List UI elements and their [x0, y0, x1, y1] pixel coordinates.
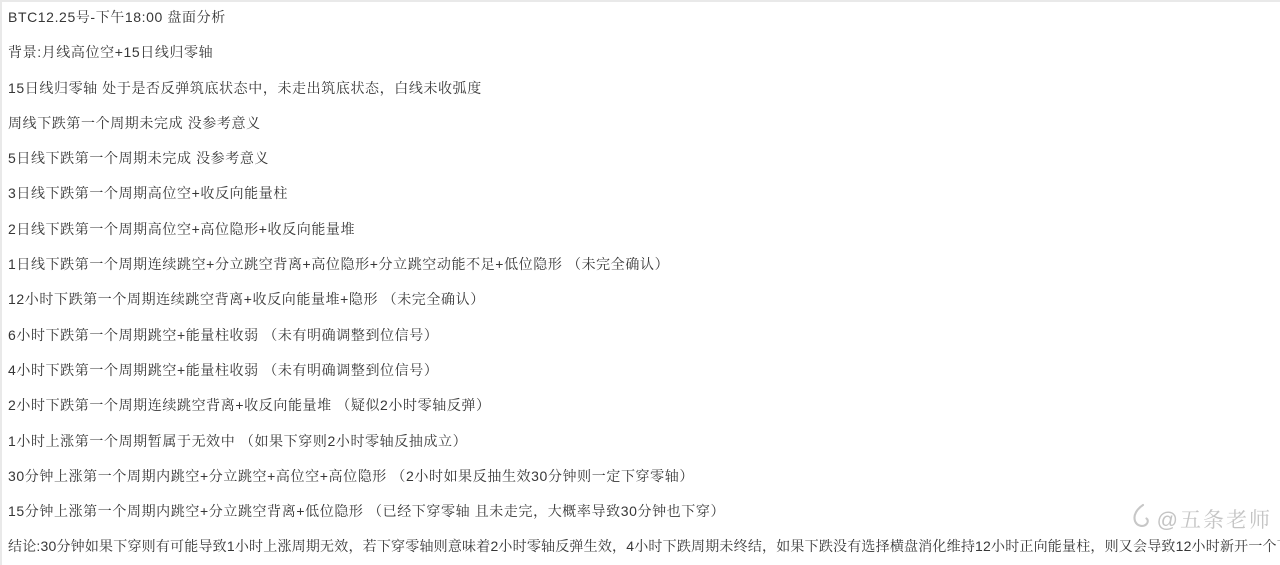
line-15m: 15分钟上涨第一个周期内跳空+分立跳空背离+低位隐形 （已经下穿零轴 且未走完，…: [8, 502, 1274, 521]
line-title: BTC12.25号-下午18:00 盘面分析: [8, 8, 1274, 27]
line-2h: 2小时下跌第一个周期连续跳空背离+收反向能量堆 （疑似2小时零轴反弹）: [8, 396, 1274, 415]
line-6h: 6小时下跌第一个周期跳空+能量柱收弱 （未有明确调整到位信号）: [8, 326, 1274, 345]
line-5d: 5日线下跌第一个周期未完成 没参考意义: [8, 149, 1274, 168]
line-4h: 4小时下跌第一个周期跳空+能量柱收弱 （未有明确调整到位信号）: [8, 361, 1274, 380]
line-2d: 2日线下跌第一个周期高位空+高位隐形+收反向能量堆: [8, 220, 1274, 239]
screenshot-left-edge: [0, 0, 2, 565]
line-12h: 12小时下跌第一个周期连续跳空背离+收反向能量堆+隐形 （未完全确认）: [8, 290, 1274, 309]
line-30m: 30分钟上涨第一个周期内跳空+分立跳空+高位空+高位隐形 （2小时如果反抽生效3…: [8, 467, 1274, 486]
line-1h: 1小时上涨第一个周期暂属于无效中 （如果下穿则2小时零轴反抽成立）: [8, 432, 1274, 451]
line-15d-zero-axis: 15日线归零轴 处于是否反弹筑底状态中，未走出筑底状态，白线未收弧度: [8, 79, 1274, 98]
screenshot-top-edge: [0, 0, 1280, 2]
line-3d: 3日线下跌第一个周期高位空+收反向能量柱: [8, 184, 1274, 203]
line-weekly: 周线下跌第一个周期未完成 没参考意义: [8, 114, 1274, 133]
line-background: 背景:月线高位空+15日线归零轴: [8, 43, 1274, 62]
line-1d: 1日线下跌第一个周期连续跳空+分立跳空背离+高位隐形+分立跳空动能不足+低位隐形…: [8, 255, 1274, 274]
analysis-document: BTC12.25号-下午18:00 盘面分析 背景:月线高位空+15日线归零轴 …: [8, 8, 1274, 565]
line-conclusion: 结论:30分钟如果下穿则有可能导致1小时上涨周期无效，若下穿零轴则意味着2小时零…: [8, 537, 1274, 556]
